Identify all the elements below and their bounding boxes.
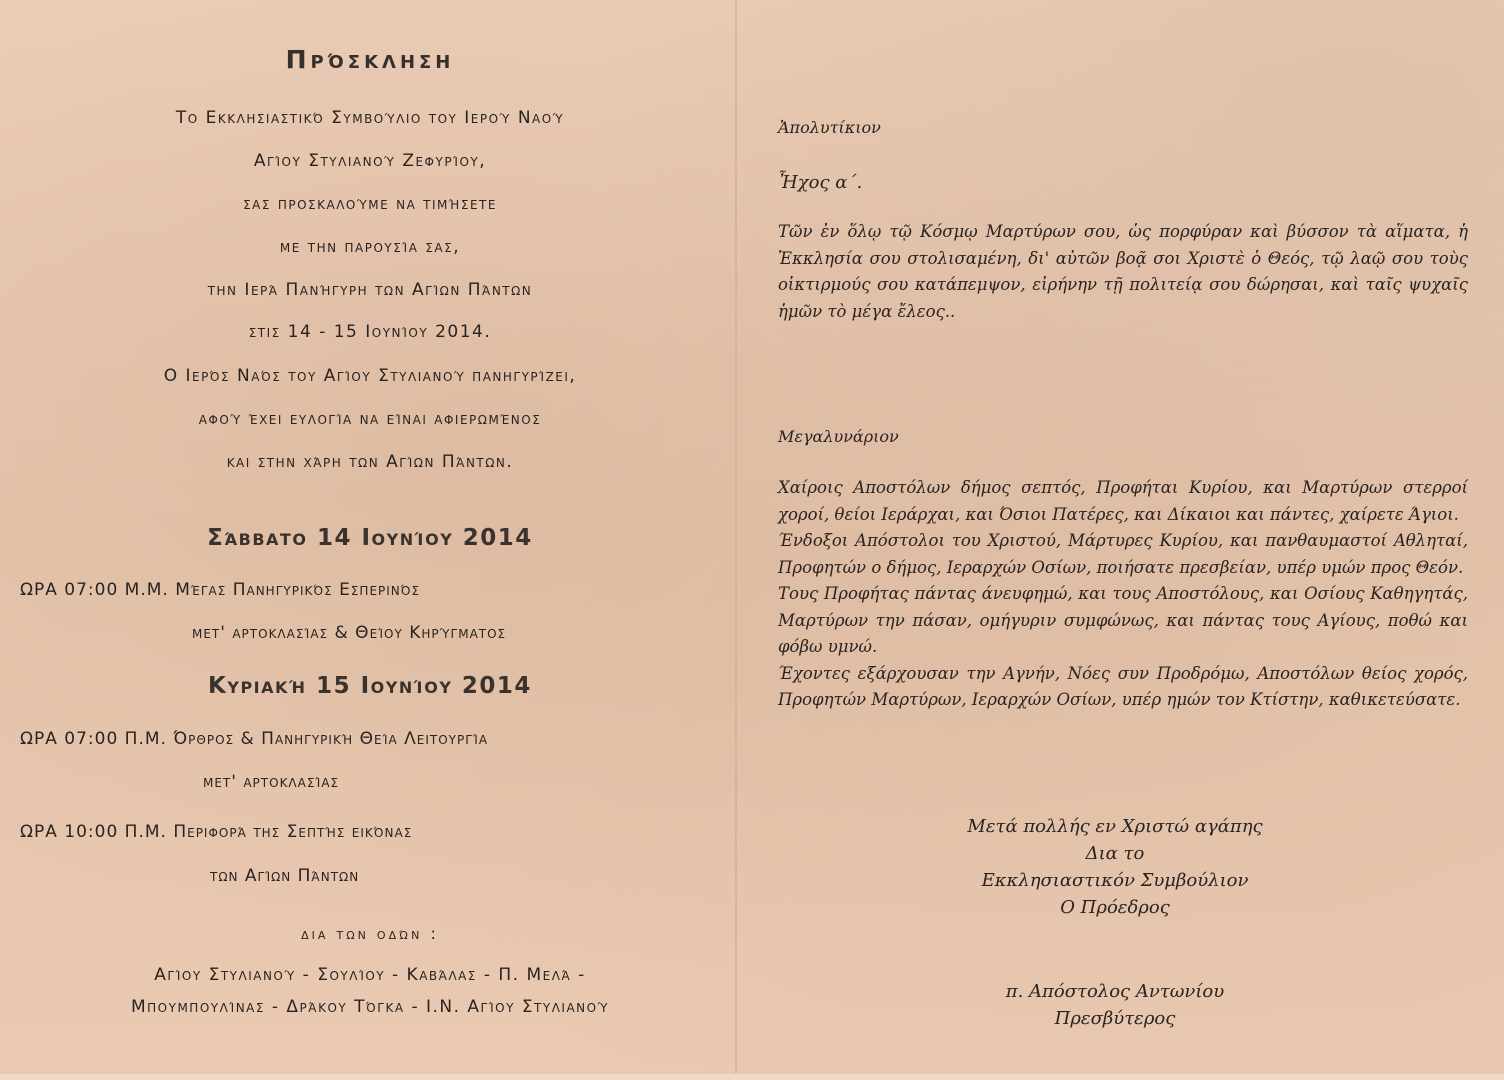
intro-line: Το Εκκλησιαστικό Συμβούλιο του Ιερού Ναο… <box>0 108 740 128</box>
route-line: Μπουμπουλίνας - Δράκου Τόγκα - Ι.Ν. Αγίο… <box>0 997 740 1017</box>
megalynarion-stanza: Χαίροις Αποστόλων δήμος σεπτός, Προφήται… <box>778 475 1468 528</box>
intro-line: με την παρουσία σας, <box>0 237 740 257</box>
signature-role: Ο Πρόεδρος <box>950 894 1280 921</box>
megalynarion-stanza: Έχοντες εξάρχουσαν την Αγνήν, Νόες συν Π… <box>778 661 1468 714</box>
signature-block: Μετά πολλής εν Χριστώ αγάπης Δια το Εκκλ… <box>950 813 1280 921</box>
day1-heading: Σάββατο 14 Ιουνίου 2014 <box>0 525 740 551</box>
day2-event2-sub: των Αγίων Πάντων <box>210 866 359 886</box>
intro-line: στις 14 - 15 Ιουνίου 2014. <box>0 322 740 342</box>
apolytikion-text: Τῶν ἐν ὅλῳ τῷ Κόσμῳ Μαρτύρων σου, ὡς πορ… <box>778 219 1468 325</box>
invitation-title: Πρόσκληση <box>0 45 740 74</box>
day2-event1-line: ΩΡΑ 07:00 Π.Μ. Όρθρος & Πανηγυρική Θεία … <box>20 729 488 749</box>
signature-council: Εκκλησιαστικόν Συμβούλιον <box>950 867 1280 894</box>
apolytikion-label: Ἀπολυτίκιον <box>778 118 881 137</box>
intro-line: σας προσκαλούμε να τιμήσετε <box>0 194 740 214</box>
signature-for: Δια το <box>950 840 1280 867</box>
signatory-name: π. Απόστολος Αντωνίου <box>950 978 1280 1005</box>
hymns-page: Ἀπολυτίκιον Ἦχος α΄. Τῶν ἐν ὅλῳ τῷ Κόσμῳ… <box>760 0 1480 1080</box>
day1-event-sub: μετ' αρτοκλασίας & Θείου Κηρύγματος <box>192 623 506 643</box>
day1-event-line: ΩΡΑ 07:00 Μ.Μ. Μέγας Πανηγυρικός Εσπεριν… <box>20 580 420 600</box>
day2-event1-sub: μετ' αρτοκλασίας <box>203 772 339 792</box>
intro-line: την Ιερά Πανήγυρη των Αγίων Πάντων <box>0 280 740 300</box>
signature-closing: Μετά πολλής εν Χριστώ αγάπης <box>950 813 1280 840</box>
megalynarion-text: Χαίροις Αποστόλων δήμος σεπτός, Προφήται… <box>778 475 1468 714</box>
intro-line: αφού έχει ευλογία να είναι αφιερωμένος <box>0 409 740 429</box>
intro-line: και στην χάρη των Αγίων Πάντων. <box>0 452 740 472</box>
megalynarion-stanza: Τους Προφήτας πάντας άνευφημώ, και τους … <box>778 581 1468 661</box>
day2-heading: Κυριακή 15 Ιουνίου 2014 <box>0 673 740 699</box>
signatory-rank: Πρεσβύτερος <box>950 1005 1280 1032</box>
intro-line: Αγίου Στυλιανού Ζεφυρίου, <box>0 151 740 171</box>
signatory-block: π. Απόστολος Αντωνίου Πρεσβύτερος <box>950 978 1280 1032</box>
day2-event2-line: ΩΡΑ 10:00 Π.Μ. Περιφορά της Σεπτής εικόν… <box>20 822 412 842</box>
route-line: Αγίου Στυλιανού - Σουλίου - Καβάλας - Π.… <box>0 965 740 985</box>
megalynarion-label: Μεγαλυνάριον <box>778 427 899 446</box>
route-label: δια των οδών : <box>0 924 740 943</box>
megalynarion-stanza: Ένδοξοι Απόστολοι του Χριστού, Μάρτυρες … <box>778 528 1468 581</box>
invitation-page: Πρόσκληση Το Εκκλησιαστικό Συμβούλιο του… <box>0 0 740 1080</box>
intro-line: Ο Ιερός Ναός του Αγίου Στυλιανού πανηγυρ… <box>0 366 740 386</box>
apolytikion-tone: Ἦχος α΄. <box>778 172 862 193</box>
